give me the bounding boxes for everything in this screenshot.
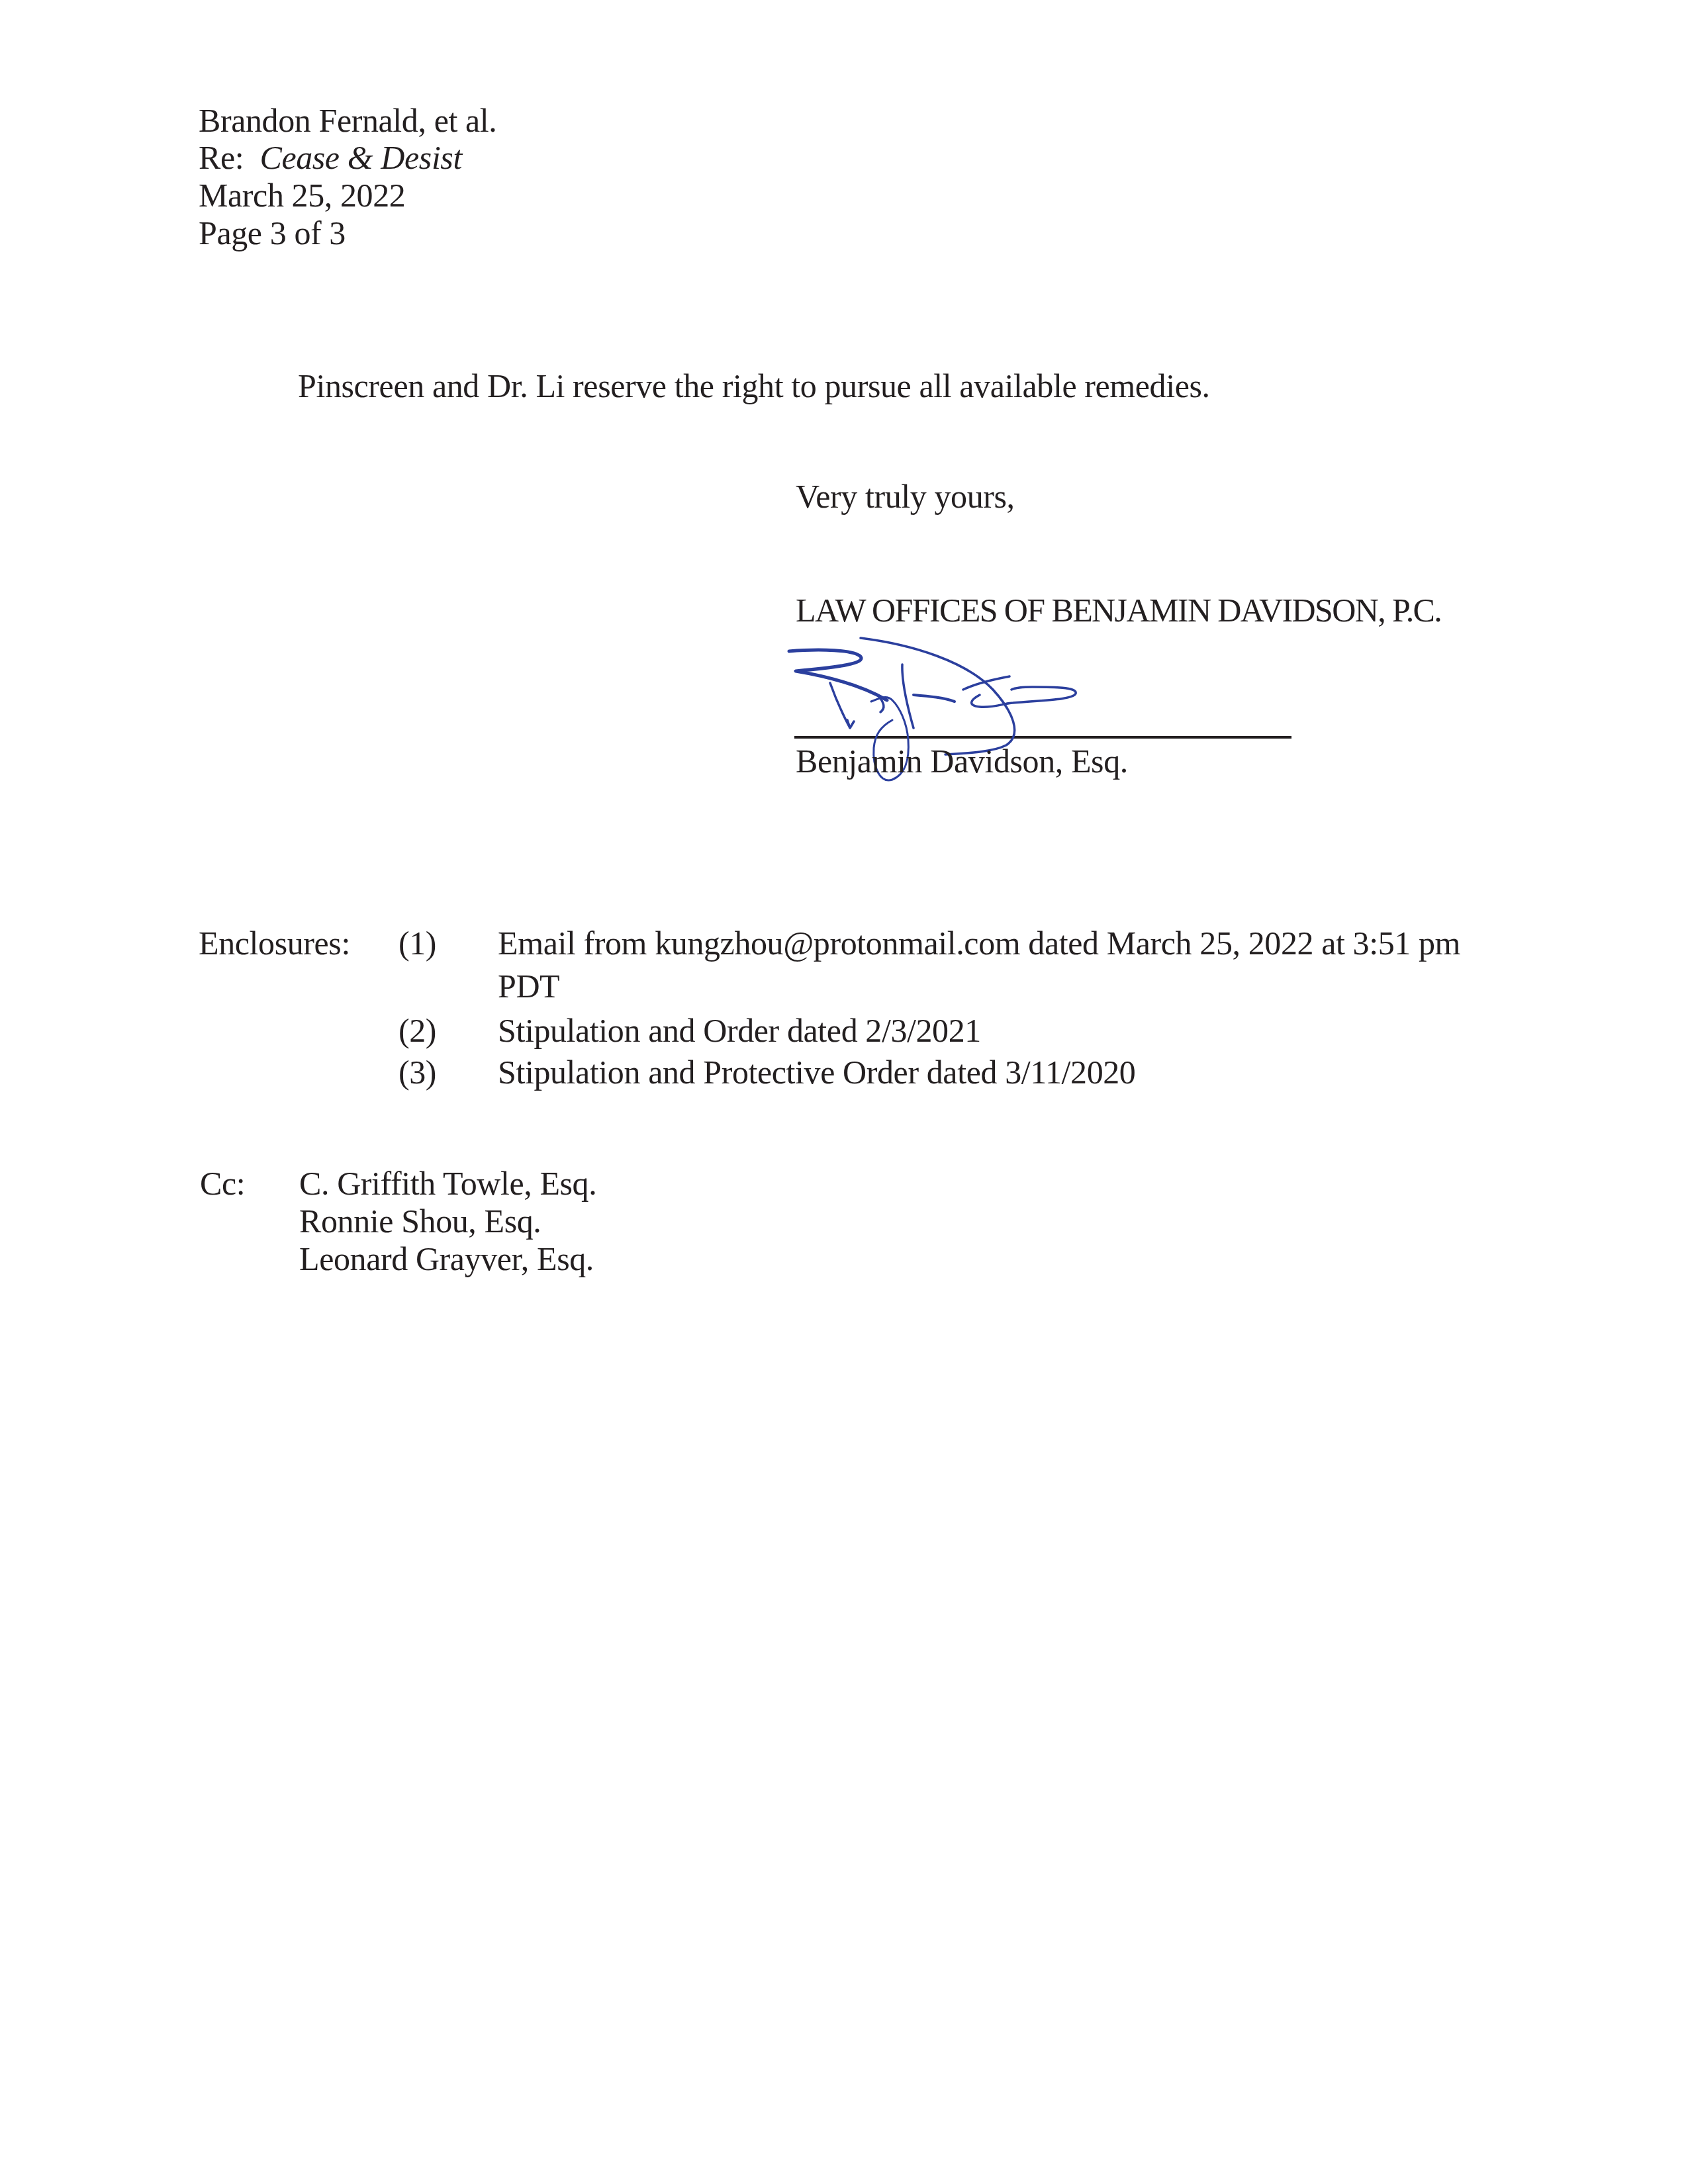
signer-name: Benjamin Davidson, Esq.: [796, 745, 1128, 778]
enclosure-number: (2): [399, 1014, 436, 1047]
re-label: Re:: [199, 139, 244, 176]
recipient-line: Brandon Fernald, et al.: [199, 104, 496, 137]
re-line: Re: Cease & Desist: [199, 141, 462, 174]
page-indicator: Page 3 of 3: [199, 216, 346, 250]
cc-recipient: Ronnie Shou, Esq.: [299, 1205, 541, 1238]
enclosures-label: Enclosures:: [199, 927, 350, 960]
enclosure-number: (3): [399, 1056, 436, 1089]
body-paragraph: Pinscreen and Dr. Li reserve the right t…: [298, 369, 1210, 402]
cc-recipient: Leonard Grayver, Esq.: [299, 1242, 594, 1275]
valediction: Very truly yours,: [796, 480, 1015, 513]
enclosure-number: (1): [399, 927, 436, 960]
enclosure-text: Stipulation and Protective Order dated 3…: [498, 1056, 1135, 1089]
cc-label: Cc:: [200, 1167, 245, 1200]
re-subject: Cease & Desist: [259, 139, 461, 176]
enclosure-text: Email from kungzhou@protonmail.com dated…: [498, 927, 1460, 960]
signature-line: [794, 736, 1291, 739]
enclosure-text-continued: PDT: [498, 970, 559, 1003]
letter-date: March 25, 2022: [199, 179, 405, 212]
enclosure-text: Stipulation and Order dated 2/3/2021: [498, 1014, 981, 1047]
firm-name: LAW OFFICES OF BENJAMIN DAVIDSON, P.C.: [796, 594, 1441, 627]
cc-recipient: C. Griffith Towle, Esq.: [299, 1167, 596, 1200]
